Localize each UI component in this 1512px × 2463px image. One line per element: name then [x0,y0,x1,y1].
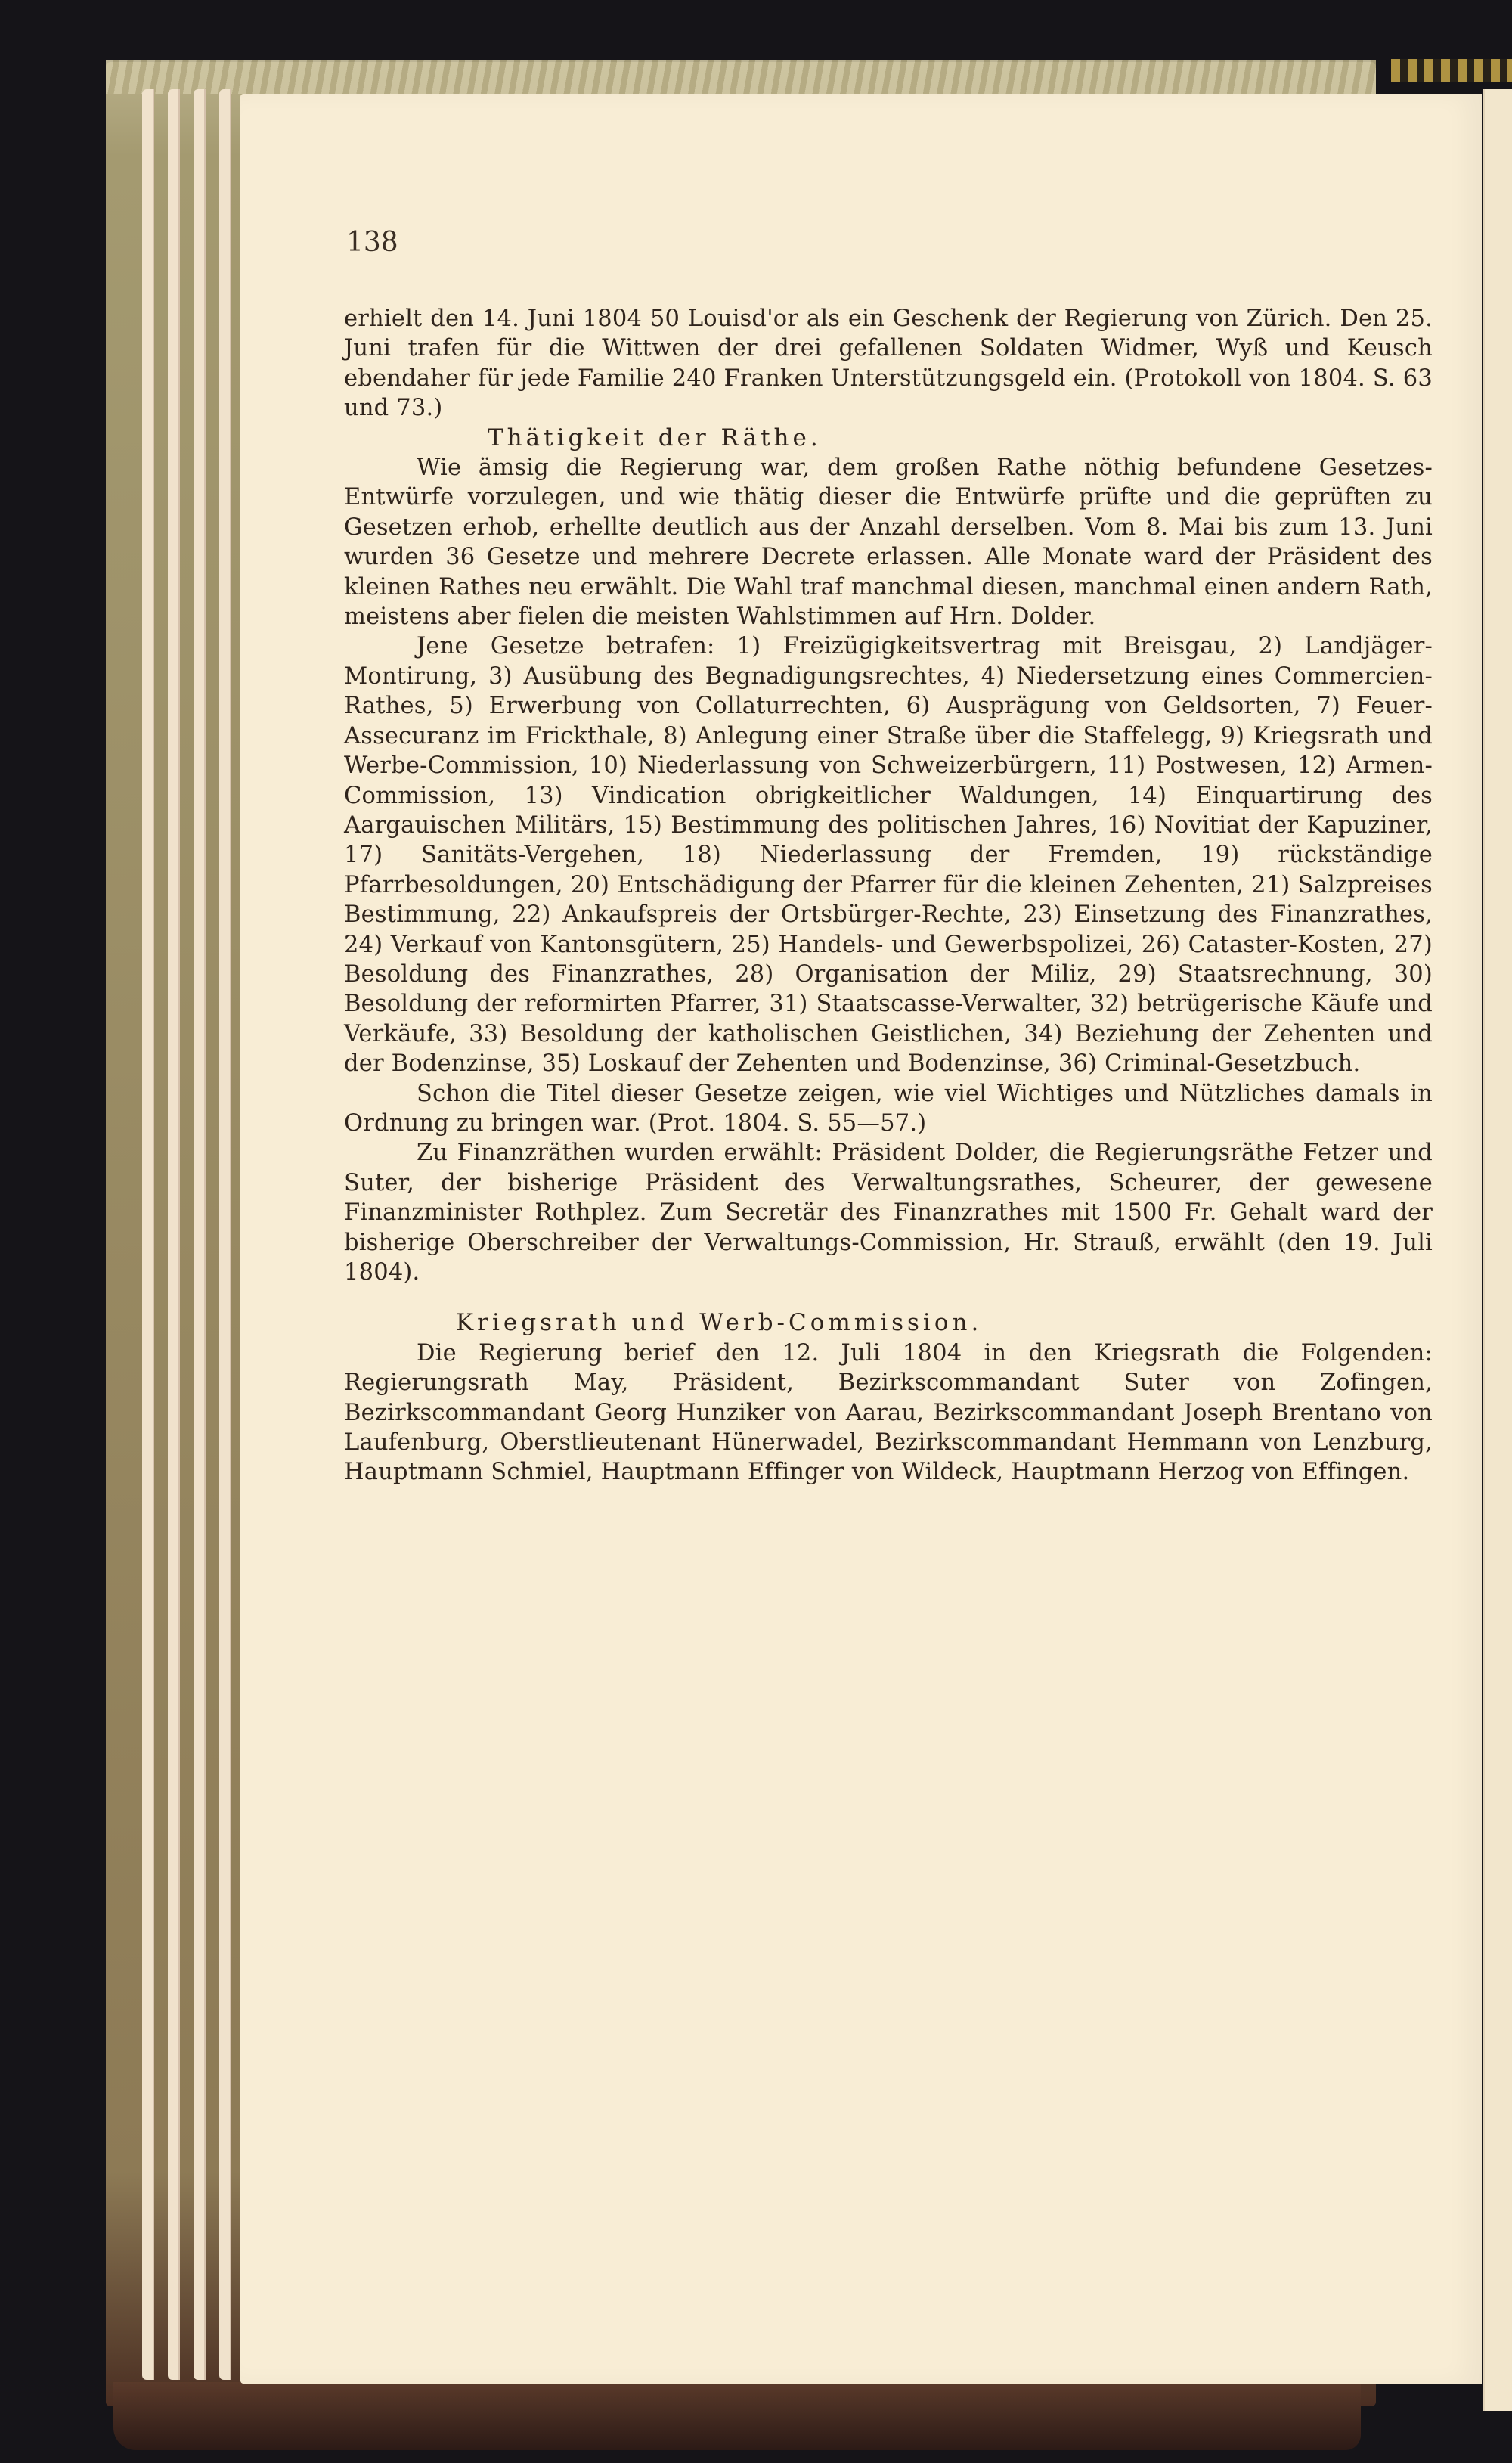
paragraph-council-activity: Wie ämsig die Regierung war, dem großen … [344,453,1433,631]
page-number: 138 [346,227,398,258]
paragraph-finance-council: Zu Finanzräthen wurden erwählt: Präsiden… [344,1138,1433,1287]
page-body: erhielt den 14. Juni 1804 50 Louisd'or a… [344,304,1433,1487]
book-cover-bottom-edge [113,2382,1361,2450]
paragraph-law-list: Jene Gesetze betrafen: 1) Freizügigkeits… [344,631,1433,1078]
page-stack-edge [168,89,180,2380]
section-heading-kriegsrath: Kriegsrath und Werb-Commission. [344,1308,1433,1338]
paragraph-war-council: Die Regierung berief den 12. Juli 1804 i… [344,1339,1433,1487]
page-stack-edge [219,89,231,2380]
paragraph-law-titles: Schon die Titel dieser Gesetze zeigen, w… [344,1079,1433,1139]
facing-page-edge [1483,89,1512,2411]
page-stack-edge [142,89,154,2380]
section-heading-thaetigkeit: Thätigkeit der Räthe. [344,423,1433,453]
page-stack-edge [194,89,206,2380]
paragraph-zurich-gift: erhielt den 14. Juni 1804 50 Louisd'or a… [344,304,1433,423]
book-binding-thread [1391,59,1512,82]
book-cover-top-edge [106,60,1376,94]
